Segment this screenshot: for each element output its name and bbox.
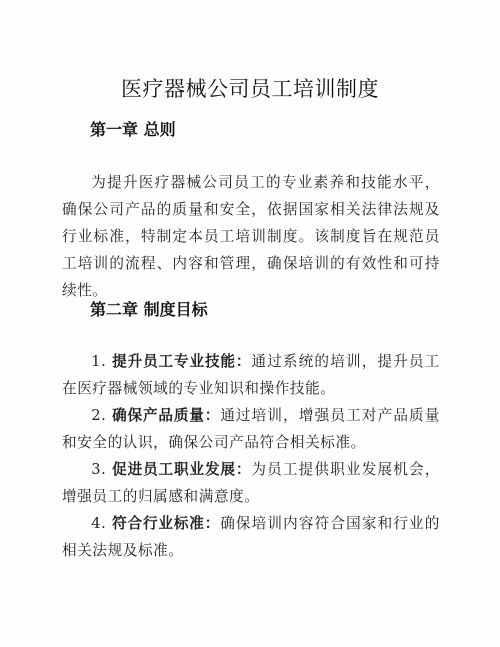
chapter-1-heading: 第一章 总则: [90, 118, 176, 142]
goal-number: 3.: [91, 461, 106, 478]
goal-number: 2.: [91, 407, 106, 424]
chapter-1-paragraph: 为提升医疗器械公司员工的专业素养和技能水平，确保公司产品的质量和安全，依据国家相…: [62, 169, 440, 304]
document-title: 医疗器械公司员工培训制度: [0, 74, 500, 104]
goal-label: 提升员工专业技能：: [112, 353, 251, 370]
goal-item: 4. 符合行业标准：确保培训内容符合国家和行业的相关法规及标准。: [62, 510, 440, 564]
goal-item: 2. 确保产品质量：通过培训，增强员工对产品质量和安全的认识，确保公司产品符合相…: [62, 402, 440, 456]
goal-number: 1.: [91, 353, 106, 370]
goal-label: 促进员工职业发展：: [112, 461, 251, 478]
goal-item: 3. 促进员工职业发展：为员工提供职业发展机会，增强员工的归属感和满意度。: [62, 456, 440, 510]
chapter-2-goals-list: 1. 提升员工专业技能：通过系统的培训，提升员工在医疗器械领域的专业知识和操作技…: [62, 348, 440, 564]
goal-item: 1. 提升员工专业技能：通过系统的培训，提升员工在医疗器械领域的专业知识和操作技…: [62, 348, 440, 402]
chapter-1-body: 为提升医疗器械公司员工的专业素养和技能水平，确保公司产品的质量和安全，依据国家相…: [62, 169, 440, 304]
goal-label: 确保产品质量：: [112, 407, 220, 424]
document-page: 医疗器械公司员工培训制度 第一章 总则 为提升医疗器械公司员工的专业素养和技能水…: [0, 0, 500, 647]
goal-number: 4.: [91, 515, 106, 532]
goal-label: 符合行业标准：: [112, 515, 220, 532]
chapter-2-heading: 第二章 制度目标: [90, 298, 208, 322]
